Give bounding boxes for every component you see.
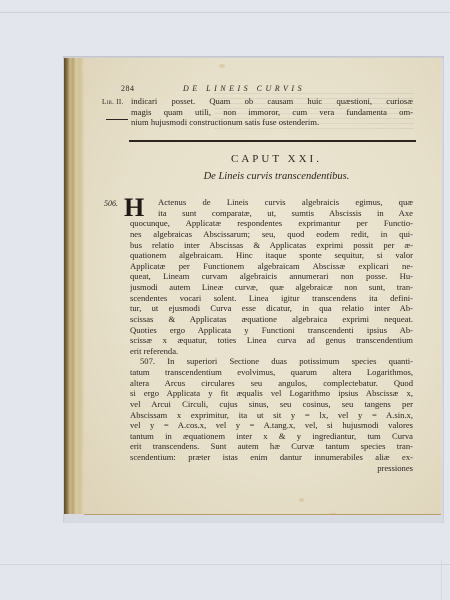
text-line: erit transcendens. Sunt autem hæ Curvæ t… [130, 441, 413, 452]
text-line: 507. In superiori Sectione duas potissim… [130, 356, 413, 367]
foxing-spot [219, 64, 225, 68]
text-line: Abscissam x exprimitur, ita ut sit y = l… [130, 410, 413, 421]
text-line: vel y = A.cos.x, vel y = A.tang.x, vel, … [130, 420, 413, 431]
chapter-title: CAPUT XXI. [84, 153, 441, 165]
text-line: indicari posset. Quam ob causam huic quæ… [131, 96, 413, 107]
text-line: scissas & Applicatas æquatione algebraic… [130, 314, 413, 325]
book-page: 284 DE LINEIS CURVIS Lib. II. indicari p… [84, 58, 441, 515]
text-line: Applicatæ per Functionem algebraicam Abs… [130, 261, 413, 272]
chapter-subtitle: De Lineis curvis transcendentibus. [84, 171, 441, 182]
text-line: queat, Lineam curvam algebraicis annumer… [130, 271, 413, 282]
text-line: nium hujusmodi constructionum satis fuse… [131, 117, 413, 128]
text-line: ita sunt comparatæ, ut, sumtis Abscissis… [130, 208, 413, 219]
paragraph-number: 506. [104, 199, 118, 208]
text-line: quocunque, Applicatæ respondentes exprim… [130, 218, 413, 229]
text-line: jusmodi autem Lineæ curvæ, quæ algebraic… [130, 282, 413, 293]
text-line: tur, ut ejusmodi Curva esse dicatur, in … [130, 303, 413, 314]
margin-rule [106, 119, 128, 120]
text-line: Quoties ergo Applicata y Functioni trans… [130, 325, 413, 336]
chapter-rule [129, 140, 416, 142]
mat-bottom-edge [0, 564, 450, 565]
foxing-spot [329, 513, 337, 515]
text-line: scendentium: præter istas enim dantur in… [130, 452, 413, 463]
text-line: tantum in æquationem inter x & y ingredi… [130, 431, 413, 442]
intro-paragraph: indicari posset. Quam ob causam huic quæ… [131, 96, 413, 128]
page-number: 284 [121, 84, 135, 93]
text-line: tatum transcendentium evolvimus, quarum … [130, 367, 413, 378]
mat-top-edge [0, 12, 450, 13]
text-line: vel Arcui Circuli, cujus sinus, seu cosi… [130, 399, 413, 410]
margin-note: Lib. II. [102, 98, 124, 106]
catchword: pressiones [130, 463, 413, 474]
mat-right-corner [441, 560, 450, 600]
drop-cap: H [124, 197, 144, 219]
page-header: 284 DE LINEIS CURVIS [121, 84, 411, 96]
text-line: nes algebraicas Abscissarum; seu, quod e… [130, 229, 413, 240]
running-head: DE LINEIS CURVIS [183, 84, 305, 93]
book-page-edges [64, 58, 84, 514]
foxing-spot [299, 498, 304, 502]
text-line: Actenus de Lineis curvis algebraicis egi… [130, 197, 413, 208]
text-line: scissæ x æquatur, toties Linea curva ad … [130, 335, 413, 346]
text-line: magis quam utili, non immoror, cum vera … [131, 107, 413, 118]
text-line: bus relatio inter Abscissas & Applicatas… [130, 240, 413, 251]
text-line: erit referenda. [130, 346, 413, 357]
text-line: scendentes vocari solent. Linea igitur t… [130, 293, 413, 304]
text-line: altera Arcus circulares seu angulos, com… [130, 378, 413, 389]
text-line: quationem algebraicam. Hinc itaque spont… [130, 250, 413, 261]
paragraph-506: Actenus de Lineis curvis algebraicis egi… [130, 197, 413, 473]
text-line: si ergo Applicata y fit æqualis vel Loga… [130, 388, 413, 399]
